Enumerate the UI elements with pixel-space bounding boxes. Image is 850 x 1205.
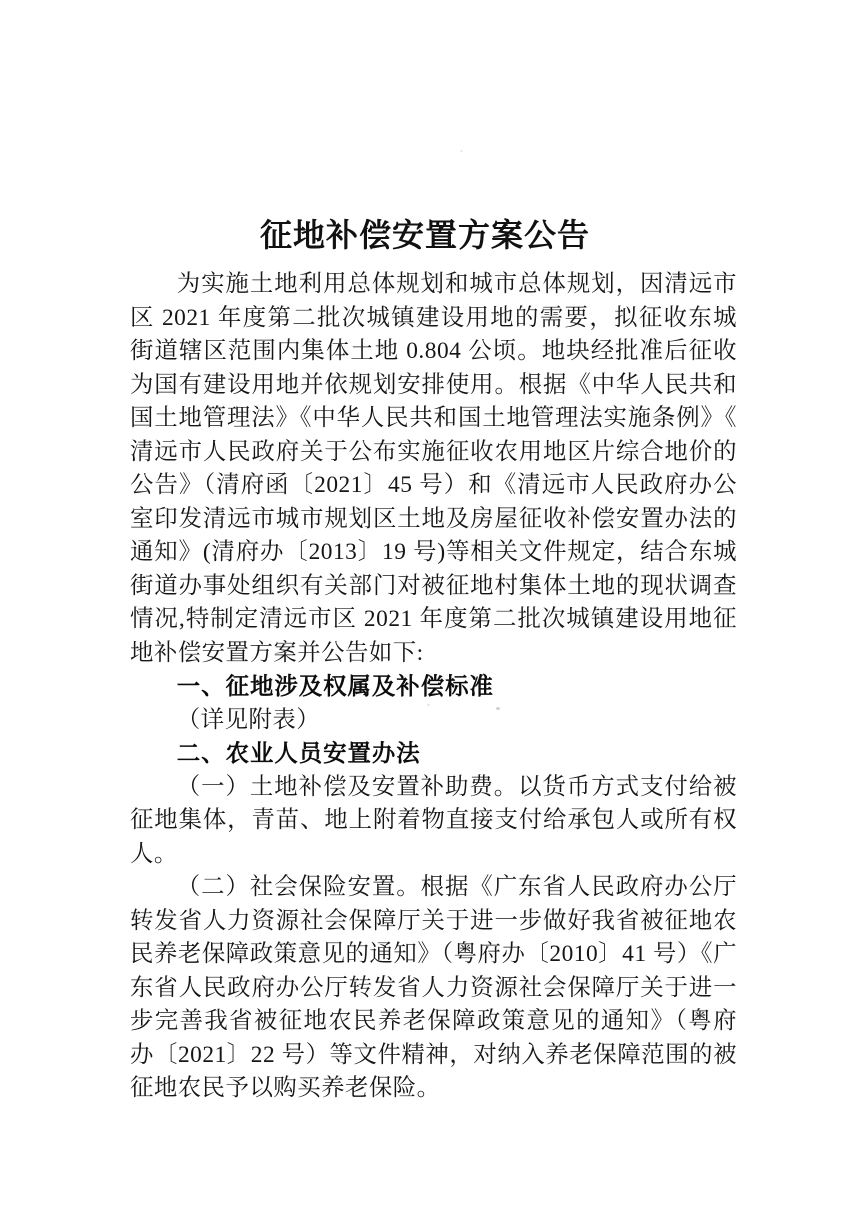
document-title: 征地补偿安置方案公告 (0, 213, 850, 257)
paragraph-2-1-land-compensation: （一）土地补偿及安置补助费。以货币方式支付给被征地集体，青苗、地上附着物直接支付… (130, 771, 737, 872)
scan-speck (460, 150, 463, 152)
paragraph-2-2-social-insurance: （二）社会保险安置。根据《广东省人民政府办公厅转发省人力资源社会保障厅关于进一步… (130, 871, 737, 1106)
note-see-attached-table: （详见附表） (130, 704, 737, 738)
scan-speck (496, 707, 500, 710)
paragraph-intro: 为实施土地利用总体规划和城市总体规划，因清远市区 2021 年度第二批次城镇建设… (130, 268, 737, 670)
heading-section-1-compensation-standards: 一、征地涉及权属及补偿标准 (130, 670, 737, 704)
scan-speck (427, 704, 430, 706)
document-body: 为实施土地利用总体规划和城市总体规划，因清远市区 2021 年度第二批次城镇建设… (130, 268, 737, 1106)
heading-section-2-resettlement-measures: 二、农业人员安置办法 (130, 737, 737, 771)
document-page: 征地补偿安置方案公告 为实施土地利用总体规划和城市总体规划，因清远市区 2021… (0, 0, 850, 1205)
